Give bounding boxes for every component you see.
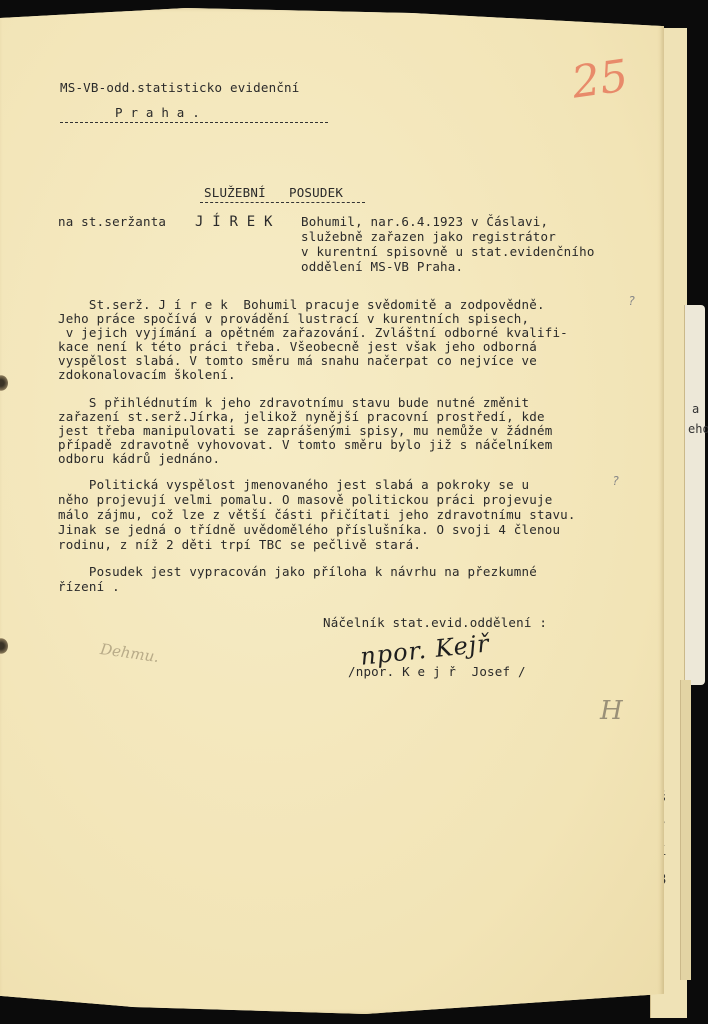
pencil-note: Dehmu. xyxy=(99,640,160,666)
paragraph-line: odboru kádrů jednáno. xyxy=(58,452,220,466)
department-header: MS-VB-odd.statisticko evidenční xyxy=(60,81,300,95)
signatory-role: Náčelník stat.evid.oddělení : xyxy=(323,616,547,630)
folio-number: 25 xyxy=(569,50,632,108)
signatory-name: /npor. K e j ř Josef / xyxy=(348,665,526,679)
city-header: P r a h a . xyxy=(115,106,200,120)
title-underline xyxy=(200,202,365,203)
paragraph-line: něho projevují velmi pomalu. O masově po… xyxy=(58,493,552,507)
document-title: SLUŽEBNÍ POSUDEK xyxy=(204,186,343,200)
subject-line: služebně zařazen jako registrátor xyxy=(301,230,556,244)
subject-line: oddělení MS-VB Praha. xyxy=(301,260,463,274)
paragraph-line: málo zájmu, což lze z větší části přičít… xyxy=(58,508,576,522)
paragraph-line: Jinak se jedná o třídně uvědomělého přís… xyxy=(58,523,560,537)
paragraph-line: Posudek jest vypracován jako příloha k n… xyxy=(58,565,537,579)
margin-question-mark: ? xyxy=(628,294,635,308)
punch-hole xyxy=(0,638,8,654)
underlying-page-fragment: a xyxy=(692,402,699,416)
underlying-page-fragment: eho xyxy=(688,422,708,436)
header-underline xyxy=(60,122,328,123)
margin-question-mark: ? xyxy=(612,474,619,488)
punch-hole xyxy=(0,375,8,391)
subject-surname: J Í R E K xyxy=(195,215,273,229)
paragraph-line: zdokonalovacím školení. xyxy=(58,368,236,382)
paragraph-line: rodinu, z níž 2 děti trpí TBC se pečlivě… xyxy=(58,538,421,552)
paragraph-line: Politická vyspělost jmenovaného jest sla… xyxy=(58,478,529,492)
underlying-page-torn xyxy=(684,305,705,685)
underlying-page-bottom xyxy=(680,680,691,980)
subject-prefix: na st.seržanta xyxy=(58,215,166,229)
document-page: 25 MS-VB-odd.statisticko evidenční P r a… xyxy=(0,8,664,1014)
subject-line: v kurentní spisovně u stat.evidenčního xyxy=(301,245,595,259)
initial-mark: H xyxy=(600,696,623,726)
paragraph-line: řízení . xyxy=(58,580,120,594)
subject-line: Bohumil, nar.6.4.1923 v Čáslavi, xyxy=(301,215,548,229)
